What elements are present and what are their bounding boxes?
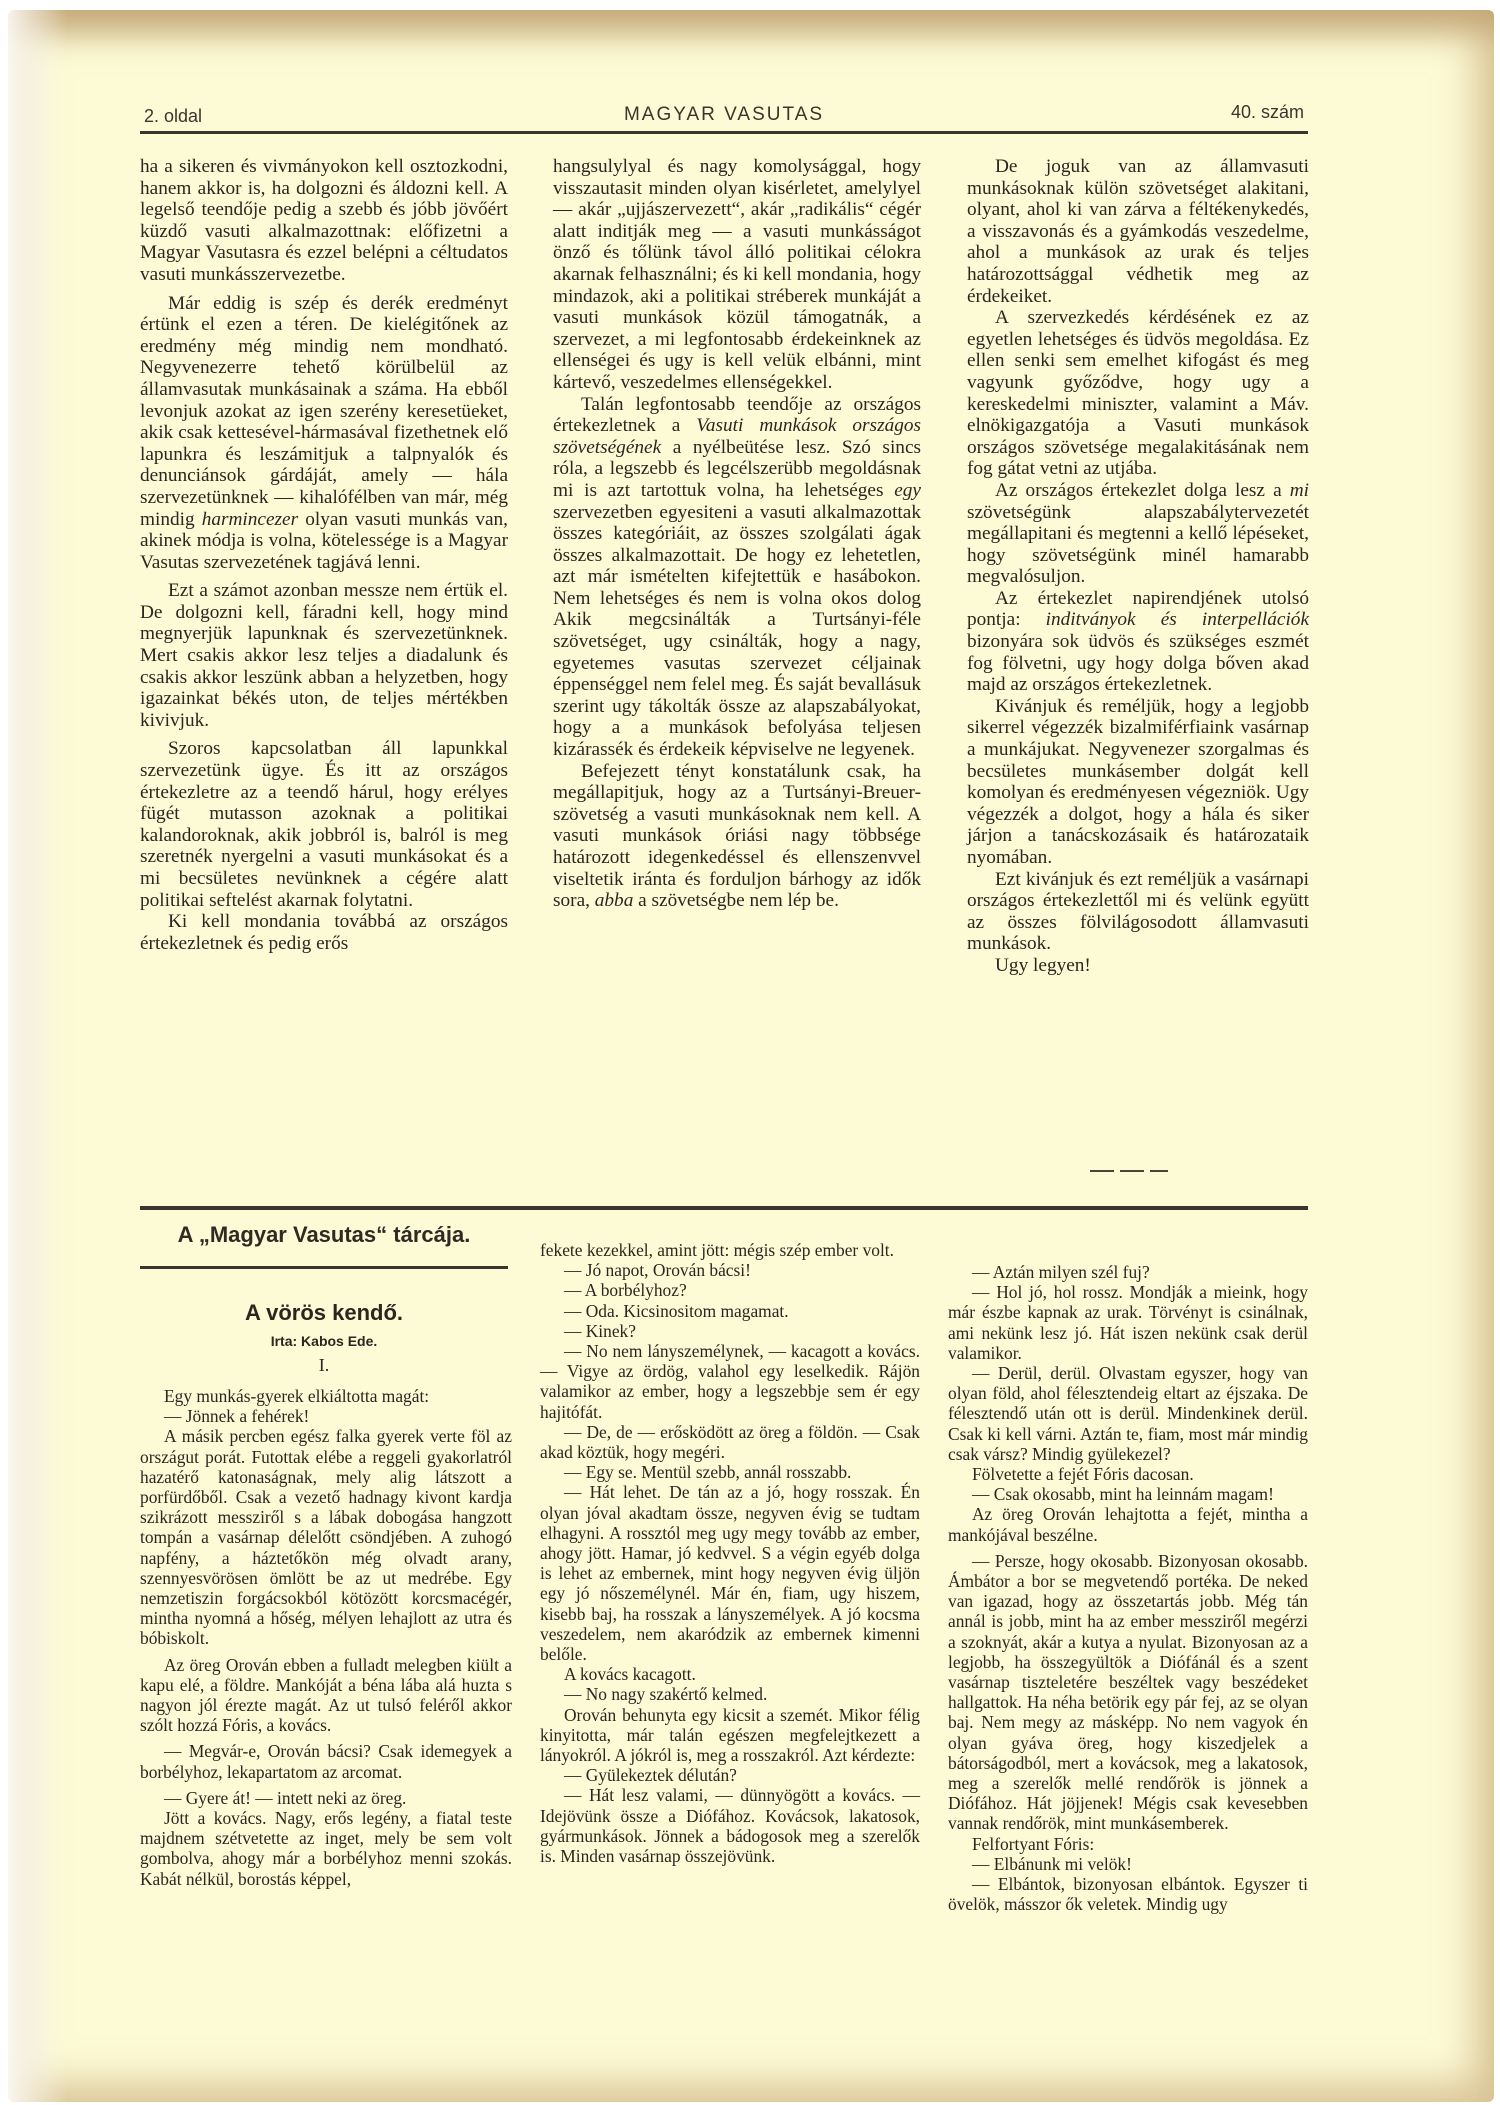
paragraph: Már eddig is szép és derék eredményt ért… [140, 293, 508, 574]
paragraph: — Hát lesz valami, — dünnyögött a kovács… [540, 1785, 920, 1866]
paragraph: — Egy se. Mentül szebb, annál rosszabb. [540, 1462, 920, 1482]
paragraph: — Derül, derül. Olvastam egyszer, hogy v… [948, 1363, 1308, 1464]
paragraph: Szoros kapcsolatban áll lapunkkal szerve… [140, 738, 508, 911]
emphasis: inditványok és interpellációk [1046, 609, 1309, 630]
paragraph: — A borbélyhoz? [540, 1280, 920, 1300]
article-column-3: De joguk van az államvasuti munkásoknak … [967, 156, 1309, 1186]
emphasis: mi [1290, 480, 1309, 501]
paragraph: Talán legfontosabb teendője az országos … [553, 394, 921, 761]
paragraph: — Aztán milyen szél fuj? [948, 1262, 1308, 1282]
emphasis: harmincezer [202, 509, 298, 530]
paragraph: Egy munkás-gyerek elkiáltotta magát: [140, 1386, 512, 1406]
paragraph: Felfortyant Fóris: [948, 1834, 1308, 1854]
paragraph: — Hát lehet. De tán az a jó, hogy rossza… [540, 1482, 920, 1664]
emphasis: abba [595, 890, 634, 911]
paragraph: Orován behunyta egy kicsit a szemét. Mik… [540, 1705, 920, 1766]
paragraph: — De, de — erősködött az öreg a földön. … [540, 1422, 920, 1462]
paragraph: hangsulylyal és nagy komolysággal, hogy … [553, 156, 921, 394]
paragraph: — Oda. Kicsinositom magamat. [540, 1301, 920, 1321]
feuilleton-heading: A „Magyar Vasutas“ tárcája. [140, 1222, 508, 1258]
story-column-3: — Aztán milyen szél fuj? — Hol jó, hol r… [948, 1240, 1308, 1915]
paragraph: fekete kezekkel, amint jött: mégis szép … [540, 1240, 920, 1260]
paragraph: Az országos értekezlet dolga lesz a mi s… [967, 480, 1309, 588]
paragraph: Az öreg Orován lehajtotta a fejét, minth… [948, 1504, 1308, 1544]
paragraph: — Persze, hogy okosabb. Bizonyosan okosa… [948, 1551, 1308, 1834]
feuilleton-rule [140, 1266, 508, 1269]
story-column-2: fekete kezekkel, amint jött: mégis szép … [540, 1240, 920, 1866]
running-head: 2. oldal MAGYAR VASUTAS 40. szám [140, 102, 1308, 132]
paragraph: — Gyere át! — intett neki az öreg. [140, 1788, 512, 1808]
paragraph: — Megvár-e, Orován bácsi? Csak idemegyek… [140, 1741, 512, 1781]
paragraph: Kivánjuk és reméljük, hogy a legjobb sik… [967, 696, 1309, 869]
paragraph: — Elbántok, bizonyosan elbántok. Egyszer… [948, 1874, 1308, 1914]
publication-title: MAGYAR VASUTAS [140, 104, 1308, 126]
paragraph: — Hol jó, hol rossz. Mondják a mieink, h… [948, 1282, 1308, 1363]
paragraph: A kovács kacagott. [540, 1664, 920, 1684]
paragraph: A másik percben egész falka gyerek verte… [140, 1426, 512, 1648]
paragraph: A szervezkedés kérdésének ez az egyetlen… [967, 307, 1309, 480]
header-rule [140, 131, 1308, 134]
paragraph: Ki kell mondania továbbá az országos ért… [140, 911, 508, 954]
paragraph: De joguk van az államvasuti munkásoknak … [967, 156, 1309, 307]
paragraph: — No nem lányszemélynek, — kacagott a ko… [540, 1341, 920, 1422]
paragraph: ha a sikeren és vivmányokon kell osztozk… [140, 156, 508, 286]
paragraph: Ugy legyen! [967, 955, 1309, 977]
paragraph: — Jönnek a fehérek! [140, 1406, 512, 1426]
paragraph: Az öreg Orován ebben a fulladt melegben … [140, 1655, 512, 1736]
paragraph: — Kinek? [540, 1321, 920, 1341]
paragraph: Jött a kovács. Nagy, erős legény, a fiat… [140, 1808, 512, 1889]
emphasis: egy [894, 480, 921, 501]
section-divider [140, 1206, 1308, 1210]
story-author: Irta: Kabos Ede. [140, 1333, 508, 1349]
paragraph: — Elbánunk mi velök! [948, 1854, 1308, 1874]
article-column-1: ha a sikeren és vivmányokon kell osztozk… [140, 156, 508, 1186]
paragraph: Ezt kivánjuk és ezt reméljük a vasárnapi… [967, 869, 1309, 955]
paragraph: Az értekezlet napirendjének utolsó pontj… [967, 588, 1309, 696]
paragraph: Ezt a számot azonban messze nem értük el… [140, 580, 508, 731]
chapter-number: I. [140, 1355, 508, 1376]
issue-number: 40. szám [1231, 102, 1304, 123]
article-column-2: hangsulylyal és nagy komolysággal, hogy … [553, 156, 921, 1186]
paragraph: Befejezett tényt konstatálunk csak, ha m… [553, 761, 921, 912]
paragraph: Fölvetette a fejét Fóris dacosan. [948, 1464, 1308, 1484]
story-column-1: Egy munkás-gyerek elkiáltotta magát: — J… [140, 1386, 512, 1889]
paragraph: — Gyülekeztek délután? [540, 1765, 920, 1785]
paragraph: — No nagy szakértő kelmed. [540, 1684, 920, 1704]
article-end-mark [1090, 1170, 1168, 1172]
paragraph: — Jó napot, Orován bácsi! [540, 1260, 920, 1280]
story-title: A vörös kendő. [140, 1300, 508, 1326]
paragraph: — Csak okosabb, mint ha leinnám magam! [948, 1484, 1308, 1504]
